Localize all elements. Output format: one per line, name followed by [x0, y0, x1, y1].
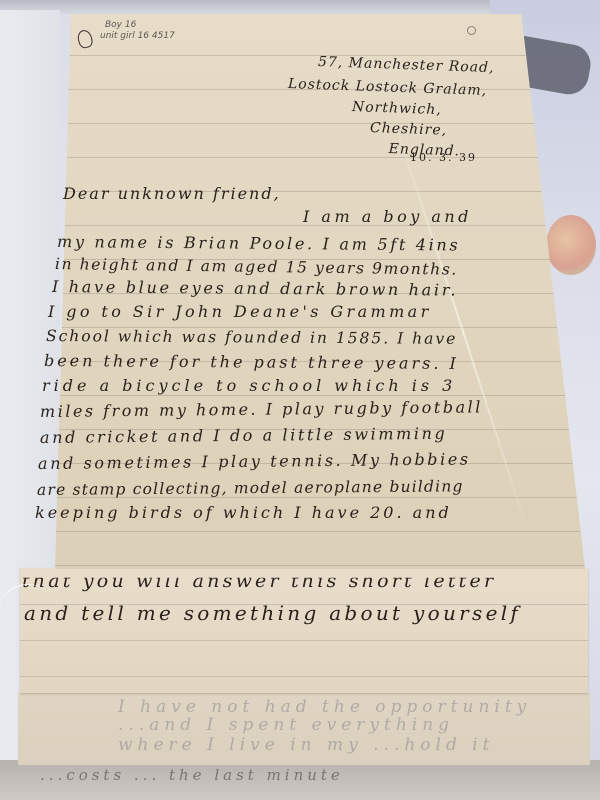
- letter-body-line: I am a boy and: [303, 207, 472, 226]
- folded-page-flap: I have not had the opportunity ...and I …: [18, 693, 590, 765]
- letter-body-line: ride a bicycle to school which is 3: [42, 376, 456, 395]
- page-number-mark: [467, 26, 476, 35]
- faded-text-line: ...and I spent everything: [118, 715, 454, 735]
- archive-annotation: unit girl 16 4517: [100, 31, 175, 41]
- letter-body-line: my name is Brian Poole. I am 5ft 4ins: [57, 232, 461, 255]
- letter-body-line: I go to Sir John Deane's Grammar: [48, 302, 432, 321]
- letter-body-line: are stamp collecting, model aeroplane bu…: [37, 477, 464, 499]
- archive-annotation: Boy 16: [105, 20, 136, 30]
- letter-date: 10. 3. 39: [410, 151, 477, 164]
- faded-text-line: I have not had the opportunity: [118, 697, 531, 717]
- letter-body-line: keeping birds of which I have 20. and: [35, 503, 452, 522]
- salutation: Dear unknown friend,: [63, 184, 281, 203]
- letter-continuation-line: and tell me something about yourself: [24, 601, 521, 625]
- address-line: Northwich,: [352, 99, 442, 118]
- faded-text-line: where I live in my ...hold it: [118, 735, 495, 755]
- sleeve-underlying-text: ...costs ... the last minute: [40, 766, 344, 784]
- letter-body-line: been there for the past three years. I: [44, 351, 459, 373]
- address-line: Cheshire,: [370, 120, 448, 139]
- letter-body-line: I have blue eyes and dark brown hair.: [52, 277, 458, 300]
- letter-body-line: School which was founded in 1585. I have: [46, 327, 457, 348]
- background-sticker: [546, 215, 596, 275]
